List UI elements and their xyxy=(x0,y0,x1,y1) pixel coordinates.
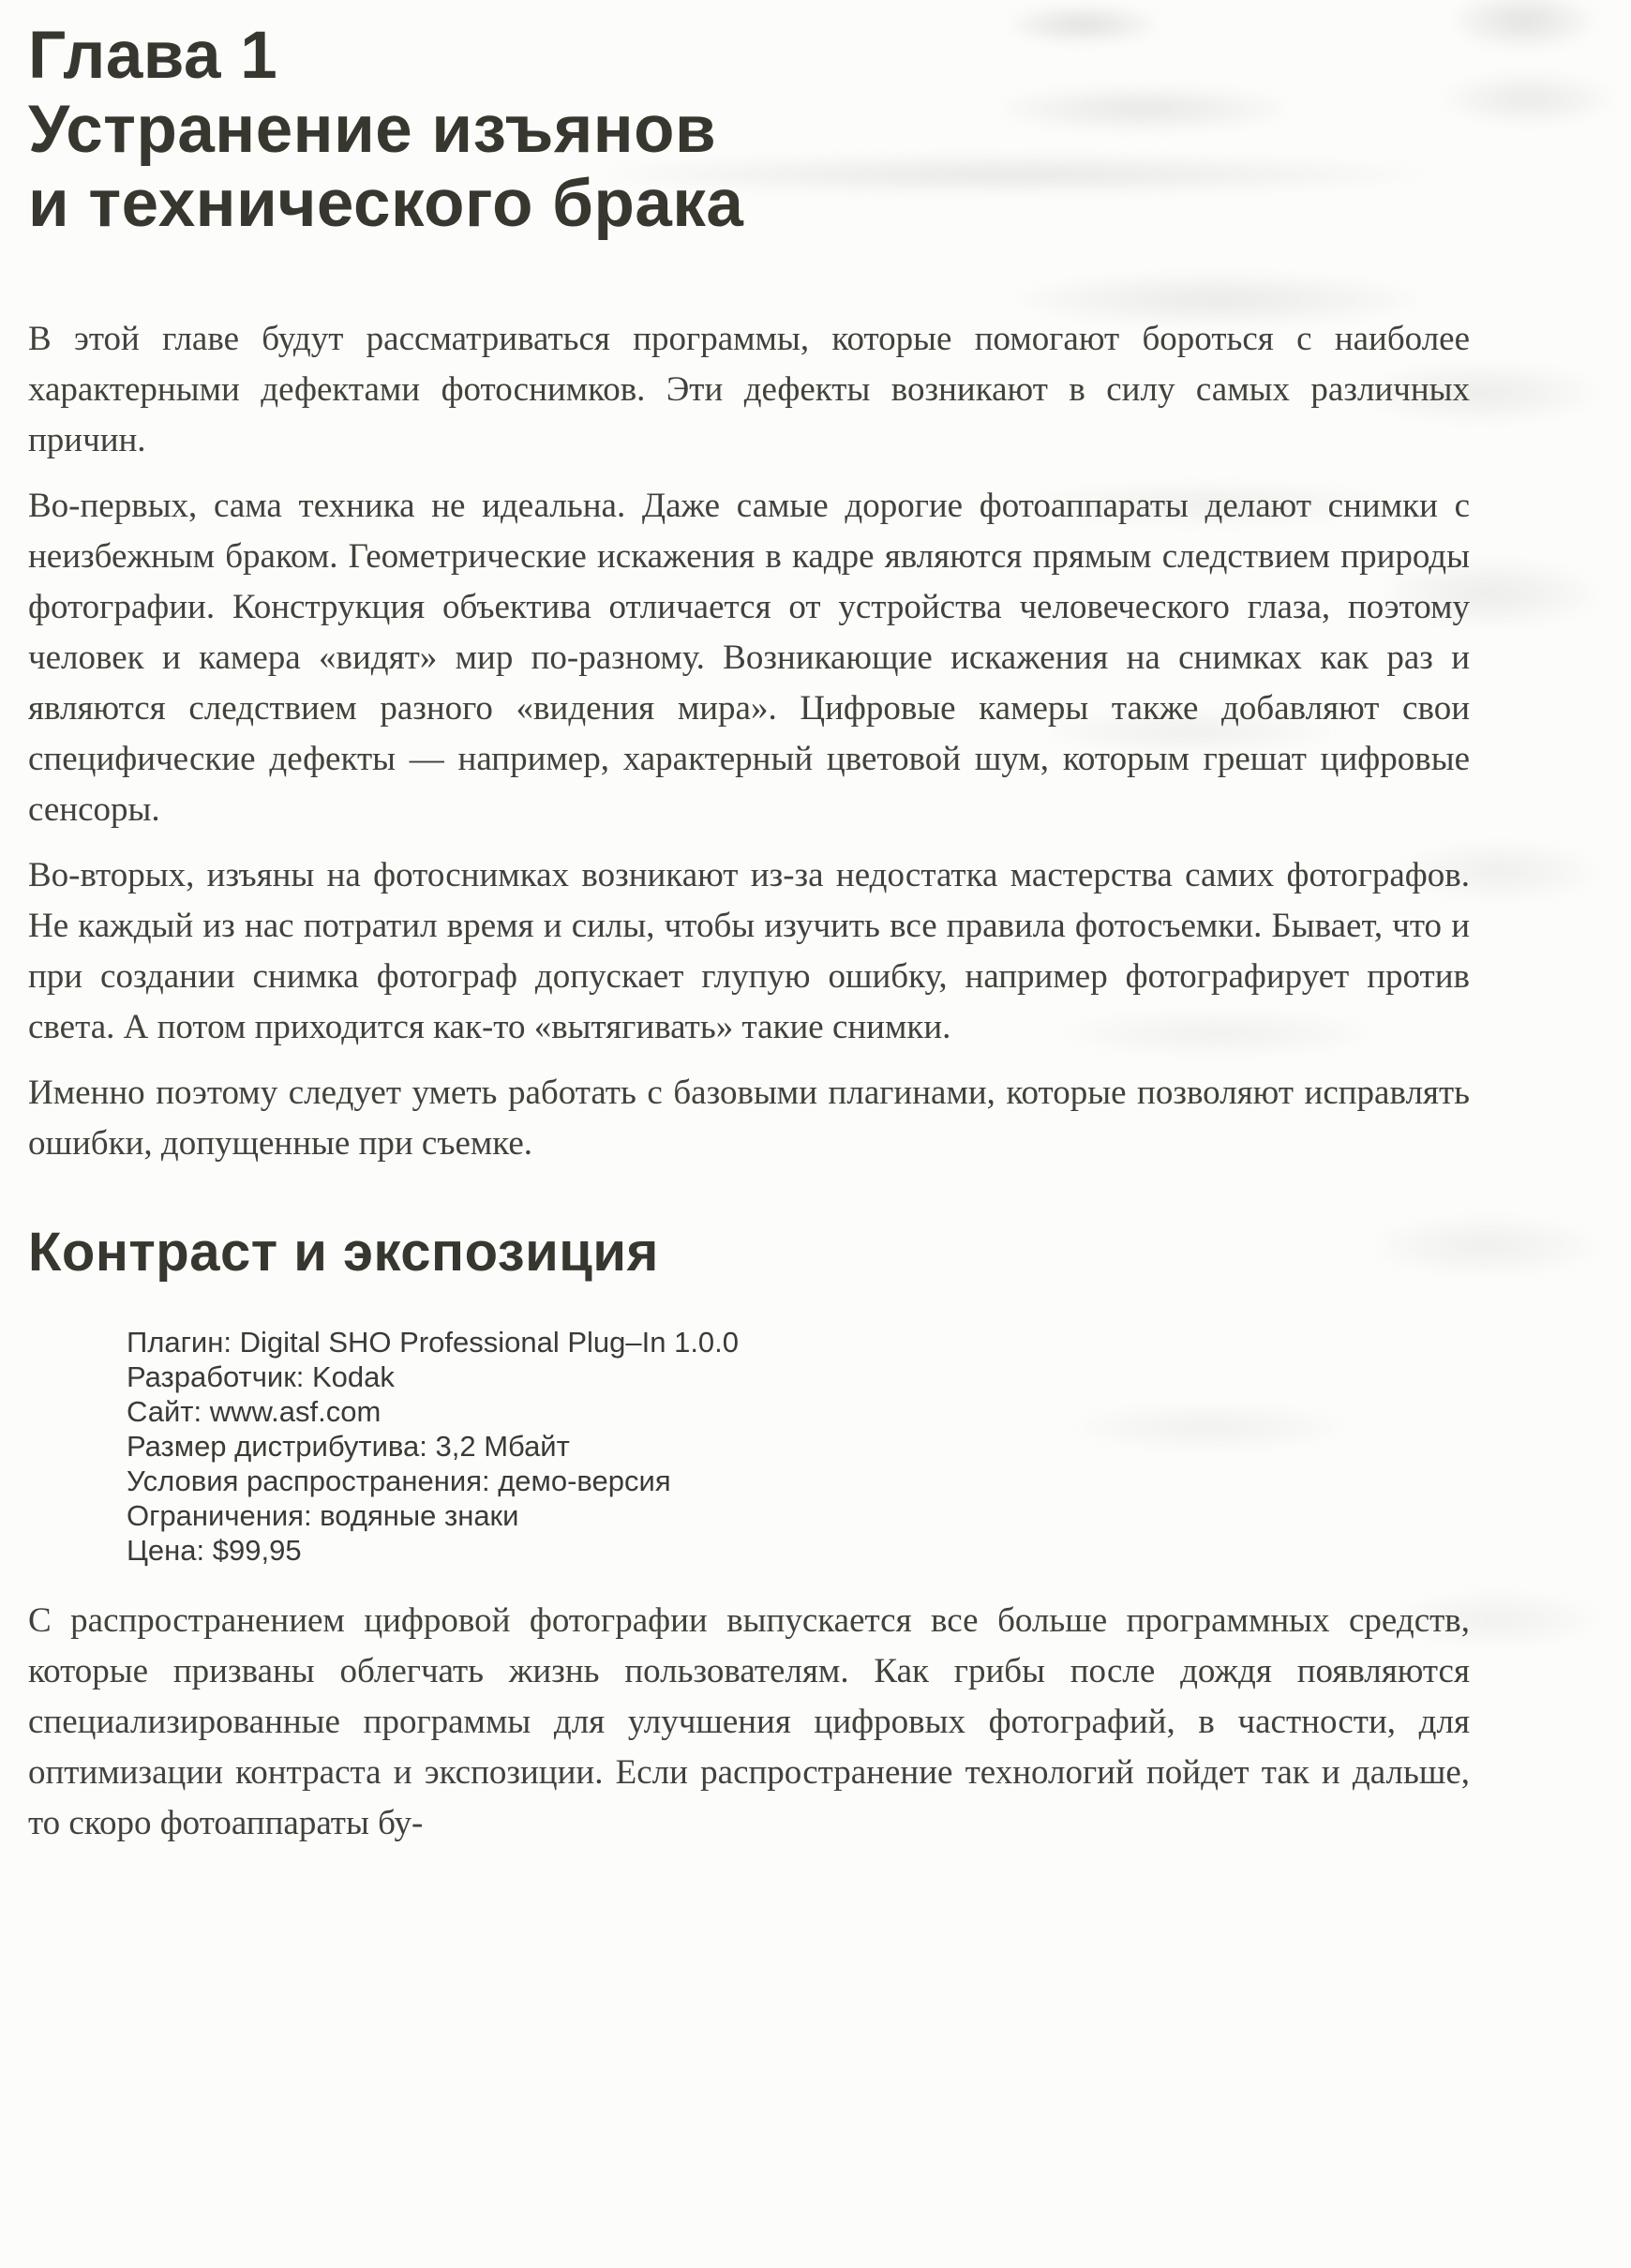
chapter-title-line-1: Глава 1 xyxy=(28,19,1470,93)
chapter-title-line-3: и технического брака xyxy=(28,167,1470,241)
plugin-info-price: Цена: $99,95 xyxy=(127,1533,1470,1568)
plugin-info-block: Плагин: Digital SHO Professional Plug–In… xyxy=(127,1325,1470,1568)
paragraph-second-reason: Во-вторых, изъяны на фотоснимках возника… xyxy=(28,850,1470,1053)
plugin-info-site: Сайт: www.asf.com xyxy=(127,1394,1470,1429)
paragraph-first-reason: Во-первых, сама техника не идеальна. Даж… xyxy=(28,481,1470,835)
chapter-title-line-2: Устранение изъянов xyxy=(28,93,1470,167)
book-page: Глава 1 Устранение изъянов и техническог… xyxy=(0,0,1631,2268)
page-content: Глава 1 Устранение изъянов и техническог… xyxy=(0,0,1631,1849)
plugin-info-distribution: Условия распространения: демо-версия xyxy=(127,1464,1470,1498)
plugin-info-size: Размер дистрибутива: 3,2 Мбайт xyxy=(127,1429,1470,1464)
paragraph-conclusion: Именно поэтому следует уметь работать с … xyxy=(28,1068,1470,1169)
paragraph-section-intro: С распространением цифровой фотографии в… xyxy=(28,1596,1470,1849)
section-heading: Контраст и экспозиция xyxy=(28,1224,1470,1282)
paragraph-intro: В этой главе будут рассматриваться прогр… xyxy=(28,314,1470,466)
chapter-title: Глава 1 Устранение изъянов и техническог… xyxy=(28,19,1470,241)
plugin-info-developer: Разработчик: Kodak xyxy=(127,1359,1470,1394)
plugin-info-name: Плагин: Digital SHO Professional Plug–In… xyxy=(127,1325,1470,1359)
plugin-info-limitations: Ограничения: водяные знаки xyxy=(127,1498,1470,1533)
